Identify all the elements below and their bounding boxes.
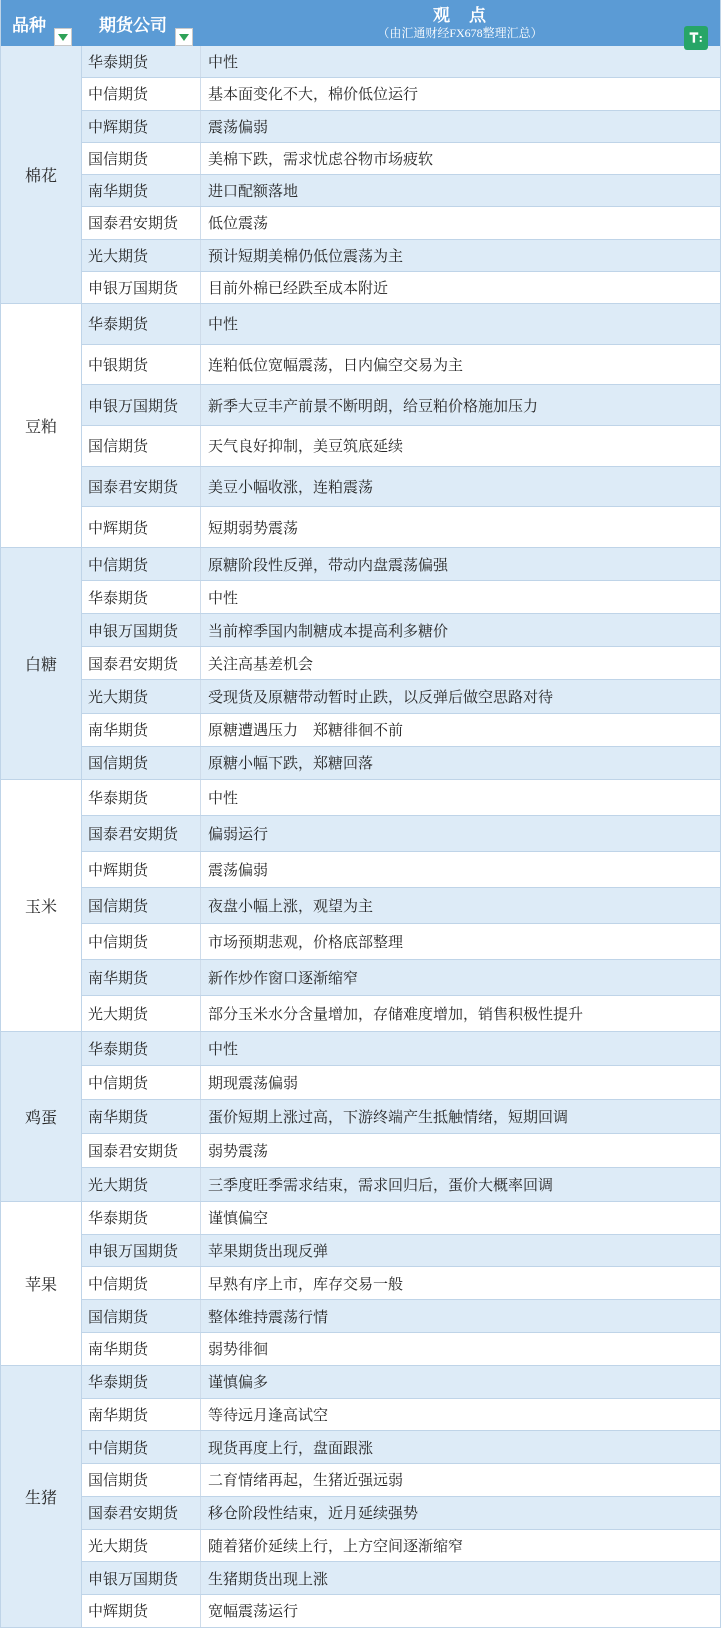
company-cell: 光大期货 — [82, 240, 200, 271]
variety-column-header: 品种 — [12, 11, 46, 36]
table-row: 华泰期货中性 — [82, 304, 720, 345]
opinion-cell: 夜盘小幅上涨，观望为主 — [200, 888, 720, 923]
commodity-group: 生猪华泰期货谨慎偏多南华期货等待远月逢高试空中信期货现货再度上行，盘面跟涨国信期… — [1, 1366, 720, 1628]
table-row: 国信期货美棉下跌，需求忧虑谷物市场疲软 — [82, 143, 720, 175]
table-row: 光大期货随着猪价延续上行，上方空间逐渐缩窄 — [82, 1530, 720, 1563]
table-row: 国信期货天气良好抑制，美豆筑底延续 — [82, 426, 720, 467]
viewpoint-column-header: 观 点 — [433, 5, 487, 26]
opinion-cell: 随着猪价延续上行，上方空间逐渐缩窄 — [200, 1530, 720, 1562]
table-row: 光大期货预计短期美棉仍低位震荡为主 — [82, 240, 720, 272]
company-cell: 华泰期货 — [82, 581, 200, 613]
group-rows: 华泰期货谨慎偏多南华期货等待远月逢高试空中信期货现货再度上行，盘面跟涨国信期货二… — [82, 1366, 720, 1628]
company-cell: 申银万国期货 — [82, 1235, 200, 1267]
opinion-cell: 宽幅震荡运行 — [200, 1595, 720, 1627]
commodity-group: 玉米华泰期货中性国泰君安期货偏弱运行中辉期货震荡偏弱国信期货夜盘小幅上涨，观望为… — [1, 780, 720, 1032]
company-cell: 申银万国期货 — [82, 1562, 200, 1594]
company-cell: 国泰君安期货 — [82, 1497, 200, 1529]
opinion-cell: 中性 — [200, 780, 720, 815]
company-cell: 华泰期货 — [82, 304, 200, 344]
group-rows: 华泰期货中性中信期货基本面变化不大，棉价低位运行中辉期货震荡偏弱国信期货美棉下跌… — [82, 46, 720, 304]
company-cell: 国信期货 — [82, 888, 200, 923]
table-body: 棉花华泰期货中性中信期货基本面变化不大，棉价低位运行中辉期货震荡偏弱国信期货美棉… — [1, 46, 720, 1628]
opinion-cell: 二育情绪再起，生猪近强远弱 — [200, 1464, 720, 1496]
opinion-cell: 短期弱势震荡 — [200, 507, 720, 547]
opinion-cell: 蛋价短期上涨过高，下游终端产生抵触情绪，短期回调 — [200, 1100, 720, 1133]
funnel-glyph — [687, 29, 705, 47]
group-rows: 华泰期货中性中银期货连粕低位宽幅震荡，日内偏空交易为主申银万国期货新季大豆丰产前… — [82, 304, 720, 548]
table-row: 中信期货基本面变化不大，棉价低位运行 — [82, 78, 720, 110]
chevron-down-icon — [58, 34, 68, 41]
table-row: 中信期货市场预期悲观，价格底部整理 — [82, 924, 720, 960]
table-row: 光大期货受现货及原糖带动暂时止跌，以反弹后做空思路对待 — [82, 680, 720, 713]
opinion-cell: 进口配额落地 — [200, 175, 720, 206]
commodity-label: 生猪 — [1, 1366, 82, 1628]
table-row: 中辉期货震荡偏弱 — [82, 111, 720, 143]
company-cell: 光大期货 — [82, 1530, 200, 1562]
company-cell: 中银期货 — [82, 345, 200, 385]
header-cell-company: 期货公司 — [82, 0, 200, 46]
table-row: 国信期货原糖小幅下跌，郑糖回落 — [82, 747, 720, 780]
company-cell: 南华期货 — [82, 960, 200, 995]
company-cell: 国泰君安期货 — [82, 816, 200, 851]
table-row: 南华期货蛋价短期上涨过高，下游终端产生抵触情绪，短期回调 — [82, 1100, 720, 1134]
company-cell: 国信期货 — [82, 1464, 200, 1496]
table-row: 南华期货等待远月逢高试空 — [82, 1399, 720, 1432]
table-row: 中辉期货震荡偏弱 — [82, 852, 720, 888]
opinion-cell: 部分玉米水分含量增加，存储难度增加，销售积极性提升 — [200, 996, 720, 1031]
table-row: 南华期货原糖遭遇压力 郑糖徘徊不前 — [82, 714, 720, 747]
opinion-cell: 美棉下跌，需求忧虑谷物市场疲软 — [200, 143, 720, 174]
opinion-cell: 现货再度上行，盘面跟涨 — [200, 1431, 720, 1463]
opinion-cell: 弱势震荡 — [200, 1134, 720, 1167]
opinion-cell: 三季度旺季需求结束，需求回归后，蛋价大概率回调 — [200, 1168, 720, 1201]
table-row: 申银万国期货新季大豆丰产前景不断明朗，给豆粕价格施加压力 — [82, 385, 720, 426]
company-cell: 中辉期货 — [82, 507, 200, 547]
company-cell: 南华期货 — [82, 714, 200, 746]
opinion-cell: 等待远月逢高试空 — [200, 1399, 720, 1431]
table-row: 国泰君安期货低位震荡 — [82, 207, 720, 239]
commodity-group: 白糖中信期货原糖阶段性反弹，带动内盘震荡偏强华泰期货中性申银万国期货当前榨季国内… — [1, 548, 720, 780]
company-cell: 国泰君安期货 — [82, 1134, 200, 1167]
opinion-cell: 苹果期货出现反弹 — [200, 1235, 720, 1267]
opinion-cell: 预计短期美棉仍低位震荡为主 — [200, 240, 720, 271]
table-row: 中辉期货短期弱势震荡 — [82, 507, 720, 548]
table-row: 中信期货原糖阶段性反弹，带动内盘震荡偏强 — [82, 548, 720, 581]
table-header: 品种 期货公司 观 点 （由汇通财经FX678整理汇总） — [1, 0, 720, 46]
table-row: 申银万国期货当前榨季国内制糖成本提高利多糖价 — [82, 614, 720, 647]
variety-filter-dropdown[interactable] — [54, 28, 72, 46]
company-cell: 华泰期货 — [82, 46, 200, 77]
company-cell: 华泰期货 — [82, 780, 200, 815]
header-cell-variety: 品种 — [1, 0, 82, 46]
opinion-cell: 震荡偏弱 — [200, 852, 720, 887]
header-cell-viewpoint: 观 点 （由汇通财经FX678整理汇总） — [200, 0, 720, 46]
table-row: 华泰期货中性 — [82, 1032, 720, 1066]
company-cell: 南华期货 — [82, 175, 200, 206]
viewpoint-subtitle: （由汇通财经FX678整理汇总） — [377, 26, 542, 41]
company-cell: 光大期货 — [82, 680, 200, 712]
commodity-label: 棉花 — [1, 46, 82, 304]
table-row: 华泰期货中性 — [82, 780, 720, 816]
opinion-cell: 生猪期货出现上涨 — [200, 1562, 720, 1594]
table-row: 华泰期货中性 — [82, 581, 720, 614]
company-cell: 华泰期货 — [82, 1202, 200, 1234]
opinion-cell: 早熟有序上市，库存交易一般 — [200, 1267, 720, 1299]
table-row: 中银期货连粕低位宽幅震荡，日内偏空交易为主 — [82, 345, 720, 386]
filter-funnel-icon[interactable] — [684, 26, 708, 50]
commodity-label: 白糖 — [1, 548, 82, 780]
company-cell: 申银万国期货 — [82, 272, 200, 303]
opinion-cell: 谨慎偏多 — [200, 1366, 720, 1398]
opinion-cell: 当前榨季国内制糖成本提高利多糖价 — [200, 614, 720, 646]
opinion-cell: 市场预期悲观，价格底部整理 — [200, 924, 720, 959]
commodity-opinion-table: 品种 期货公司 观 点 （由汇通财经FX678整理汇总） 棉花华泰期货中性中信期… — [0, 0, 721, 1628]
opinion-cell: 目前外棉已经跌至成本附近 — [200, 272, 720, 303]
commodity-group: 鸡蛋华泰期货中性中信期货期现震荡偏弱南华期货蛋价短期上涨过高，下游终端产生抵触情… — [1, 1032, 720, 1202]
table-row: 中信期货现货再度上行，盘面跟涨 — [82, 1431, 720, 1464]
company-cell: 中信期货 — [82, 548, 200, 580]
table-row: 申银万国期货生猪期货出现上涨 — [82, 1562, 720, 1595]
company-cell: 国信期货 — [82, 1300, 200, 1332]
table-row: 中辉期货宽幅震荡运行 — [82, 1595, 720, 1628]
opinion-cell: 中性 — [200, 581, 720, 613]
company-cell: 国信期货 — [82, 747, 200, 779]
opinion-cell: 新季大豆丰产前景不断明朗，给豆粕价格施加压力 — [200, 385, 720, 425]
commodity-group: 豆粕华泰期货中性中银期货连粕低位宽幅震荡，日内偏空交易为主申银万国期货新季大豆丰… — [1, 304, 720, 548]
opinion-cell: 美豆小幅收涨，连粕震荡 — [200, 467, 720, 507]
commodity-label: 玉米 — [1, 780, 82, 1032]
table-row: 国信期货二育情绪再起，生猪近强远弱 — [82, 1464, 720, 1497]
company-cell: 中信期货 — [82, 1431, 200, 1463]
group-rows: 中信期货原糖阶段性反弹，带动内盘震荡偏强华泰期货中性申银万国期货当前榨季国内制糖… — [82, 548, 720, 780]
opinion-cell: 中性 — [200, 304, 720, 344]
company-cell: 中辉期货 — [82, 852, 200, 887]
opinion-cell: 期现震荡偏弱 — [200, 1066, 720, 1099]
company-cell: 中辉期货 — [82, 1595, 200, 1627]
table-row: 光大期货部分玉米水分含量增加，存储难度增加，销售积极性提升 — [82, 996, 720, 1032]
opinion-cell: 中性 — [200, 1032, 720, 1065]
opinion-cell: 基本面变化不大，棉价低位运行 — [200, 78, 720, 109]
company-cell: 华泰期货 — [82, 1366, 200, 1398]
commodity-label: 鸡蛋 — [1, 1032, 82, 1202]
commodity-group: 棉花华泰期货中性中信期货基本面变化不大，棉价低位运行中辉期货震荡偏弱国信期货美棉… — [1, 46, 720, 304]
company-cell: 中信期货 — [82, 1267, 200, 1299]
company-column-header: 期货公司 — [99, 11, 167, 36]
table-row: 国信期货整体维持震荡行情 — [82, 1300, 720, 1333]
company-cell: 南华期货 — [82, 1333, 200, 1365]
opinion-cell: 关注高基差机会 — [200, 647, 720, 679]
company-cell: 中信期货 — [82, 1066, 200, 1099]
table-row: 中信期货期现震荡偏弱 — [82, 1066, 720, 1100]
opinion-cell: 整体维持震荡行情 — [200, 1300, 720, 1332]
company-cell: 南华期货 — [82, 1399, 200, 1431]
company-filter-dropdown[interactable] — [175, 28, 193, 46]
commodity-group: 苹果华泰期货谨慎偏空申银万国期货苹果期货出现反弹中信期货早熟有序上市，库存交易一… — [1, 1202, 720, 1366]
table-row: 中信期货早熟有序上市，库存交易一般 — [82, 1267, 720, 1300]
opinion-cell: 低位震荡 — [200, 207, 720, 238]
opinion-cell: 天气良好抑制，美豆筑底延续 — [200, 426, 720, 466]
table-row: 南华期货进口配额落地 — [82, 175, 720, 207]
company-cell: 国泰君安期货 — [82, 207, 200, 238]
opinion-cell: 连粕低位宽幅震荡，日内偏空交易为主 — [200, 345, 720, 385]
table-row: 华泰期货谨慎偏空 — [82, 1202, 720, 1235]
chevron-down-icon — [179, 34, 189, 41]
company-cell: 中辉期货 — [82, 111, 200, 142]
group-rows: 华泰期货中性中信期货期现震荡偏弱南华期货蛋价短期上涨过高，下游终端产生抵触情绪，… — [82, 1032, 720, 1202]
group-rows: 华泰期货谨慎偏空申银万国期货苹果期货出现反弹中信期货早熟有序上市，库存交易一般国… — [82, 1202, 720, 1366]
company-cell: 申银万国期货 — [82, 614, 200, 646]
table-row: 国泰君安期货关注高基差机会 — [82, 647, 720, 680]
company-cell: 华泰期货 — [82, 1032, 200, 1065]
table-row: 国泰君安期货偏弱运行 — [82, 816, 720, 852]
company-cell: 光大期货 — [82, 996, 200, 1031]
opinion-cell: 原糖阶段性反弹，带动内盘震荡偏强 — [200, 548, 720, 580]
company-cell: 光大期货 — [82, 1168, 200, 1201]
company-cell: 国信期货 — [82, 426, 200, 466]
table-row: 国泰君安期货弱势震荡 — [82, 1134, 720, 1168]
table-row: 申银万国期货苹果期货出现反弹 — [82, 1235, 720, 1268]
opinion-cell: 震荡偏弱 — [200, 111, 720, 142]
table-row: 光大期货三季度旺季需求结束，需求回归后，蛋价大概率回调 — [82, 1168, 720, 1202]
opinion-cell: 新作炒作窗口逐渐缩窄 — [200, 960, 720, 995]
company-cell: 国信期货 — [82, 143, 200, 174]
table-row: 国泰君安期货美豆小幅收涨，连粕震荡 — [82, 467, 720, 508]
company-cell: 中信期货 — [82, 78, 200, 109]
opinion-cell: 原糖小幅下跌，郑糖回落 — [200, 747, 720, 779]
company-cell: 国泰君安期货 — [82, 467, 200, 507]
company-cell: 中信期货 — [82, 924, 200, 959]
company-cell: 南华期货 — [82, 1100, 200, 1133]
table-row: 申银万国期货目前外棉已经跌至成本附近 — [82, 272, 720, 304]
table-row: 南华期货弱势徘徊 — [82, 1333, 720, 1366]
commodity-label: 豆粕 — [1, 304, 82, 548]
opinion-cell: 原糖遭遇压力 郑糖徘徊不前 — [200, 714, 720, 746]
opinion-cell: 中性 — [200, 46, 720, 77]
group-rows: 华泰期货中性国泰君安期货偏弱运行中辉期货震荡偏弱国信期货夜盘小幅上涨，观望为主中… — [82, 780, 720, 1032]
opinion-cell: 移仓阶段性结束，近月延续强势 — [200, 1497, 720, 1529]
table-row: 南华期货新作炒作窗口逐渐缩窄 — [82, 960, 720, 996]
table-row: 华泰期货中性 — [82, 46, 720, 78]
opinion-cell: 弱势徘徊 — [200, 1333, 720, 1365]
company-cell: 申银万国期货 — [82, 385, 200, 425]
opinion-cell: 谨慎偏空 — [200, 1202, 720, 1234]
table-row: 国泰君安期货移仓阶段性结束，近月延续强势 — [82, 1497, 720, 1530]
commodity-label: 苹果 — [1, 1202, 82, 1366]
table-row: 国信期货夜盘小幅上涨，观望为主 — [82, 888, 720, 924]
table-row: 华泰期货谨慎偏多 — [82, 1366, 720, 1399]
company-cell: 国泰君安期货 — [82, 647, 200, 679]
opinion-cell: 偏弱运行 — [200, 816, 720, 851]
opinion-cell: 受现货及原糖带动暂时止跌，以反弹后做空思路对待 — [200, 680, 720, 712]
